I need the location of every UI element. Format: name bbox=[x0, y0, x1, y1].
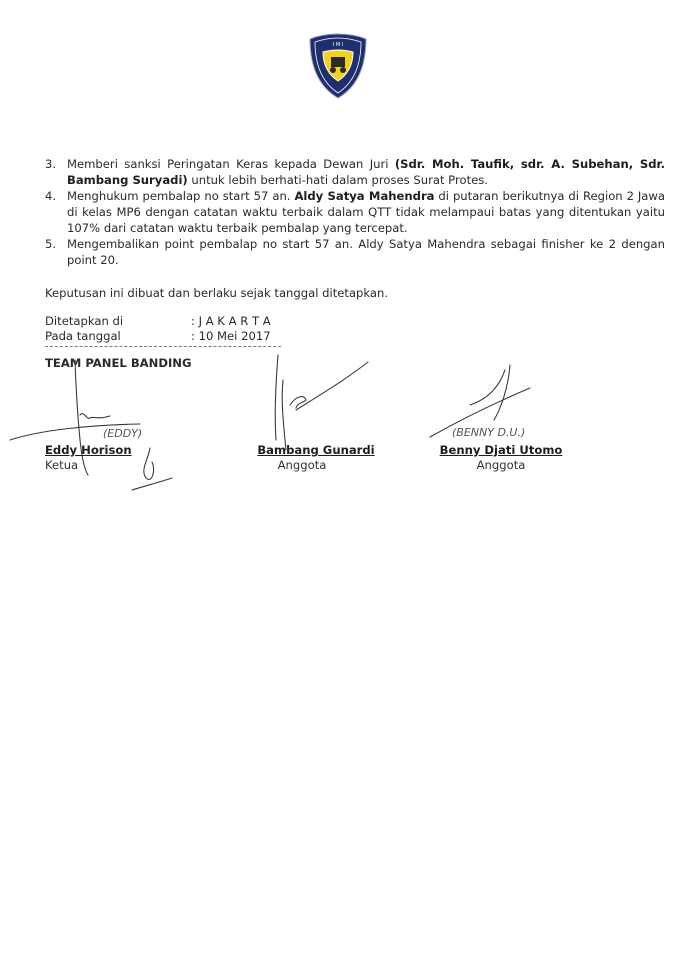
bold-text: Aldy Satya Mahendra bbox=[294, 189, 434, 203]
signer-anggota-2: Benny Djati Utomo Anggota bbox=[438, 443, 564, 473]
signer-ketua: Eddy Horison Ketua bbox=[45, 443, 132, 473]
signer-role: Anggota bbox=[438, 458, 564, 473]
item-number: 5. bbox=[45, 236, 56, 252]
item-text: untuk lebih berhati-hati dalam proses Su… bbox=[188, 173, 488, 187]
decision-items: 3.Memberi sanksi Peringatan Keras kepada… bbox=[45, 156, 665, 268]
meta-label: Ditetapkan di bbox=[45, 314, 191, 329]
signer-name: Bambang Gunardi bbox=[256, 443, 376, 458]
team-title: TEAM PANEL BANDING bbox=[45, 356, 192, 370]
imi-shield-logo-icon: I M I bbox=[309, 33, 367, 99]
meta-label: Pada tanggal bbox=[45, 329, 191, 344]
decision-meta: Ditetapkan di : J A K A R T A Pada tangg… bbox=[45, 314, 271, 344]
divider bbox=[45, 346, 281, 347]
closing-statement: Keputusan ini dibuat dan berlaku sejak t… bbox=[45, 286, 388, 300]
list-item: 4.Menghukum pembalap no start 57 an. Ald… bbox=[45, 188, 665, 236]
signer-name: Eddy Horison bbox=[45, 443, 132, 458]
meta-row-date: Pada tanggal : 10 Mei 2017 bbox=[45, 329, 271, 344]
item-number: 4. bbox=[45, 188, 56, 204]
signer-role: Ketua bbox=[45, 458, 132, 473]
item-number: 3. bbox=[45, 156, 56, 172]
meta-value: : 10 Mei 2017 bbox=[191, 329, 271, 344]
svg-text:I M I: I M I bbox=[333, 42, 343, 48]
list-item: 5.Mengembalikan point pembalap no start … bbox=[45, 236, 665, 268]
list-item: 3.Memberi sanksi Peringatan Keras kepada… bbox=[45, 156, 665, 188]
signer-anggota-1: Bambang Gunardi Anggota bbox=[256, 443, 376, 473]
svg-text:(EDDY): (EDDY) bbox=[103, 427, 142, 440]
signer-name: Benny Djati Utomo bbox=[438, 443, 564, 458]
meta-value: : J A K A R T A bbox=[191, 314, 271, 329]
svg-text:(BENNY D.U.): (BENNY D.U.) bbox=[452, 426, 525, 439]
meta-row-place: Ditetapkan di : J A K A R T A bbox=[45, 314, 271, 329]
item-text: Menghukum pembalap no start 57 an. bbox=[67, 189, 294, 203]
signer-role: Anggota bbox=[256, 458, 376, 473]
item-text: Memberi sanksi Peringatan Keras kepada D… bbox=[67, 157, 395, 171]
signature-strokes: (EDDY) (BENNY D.U.) bbox=[0, 0, 700, 963]
item-text: Mengembalikan point pembalap no start 57… bbox=[67, 237, 665, 267]
